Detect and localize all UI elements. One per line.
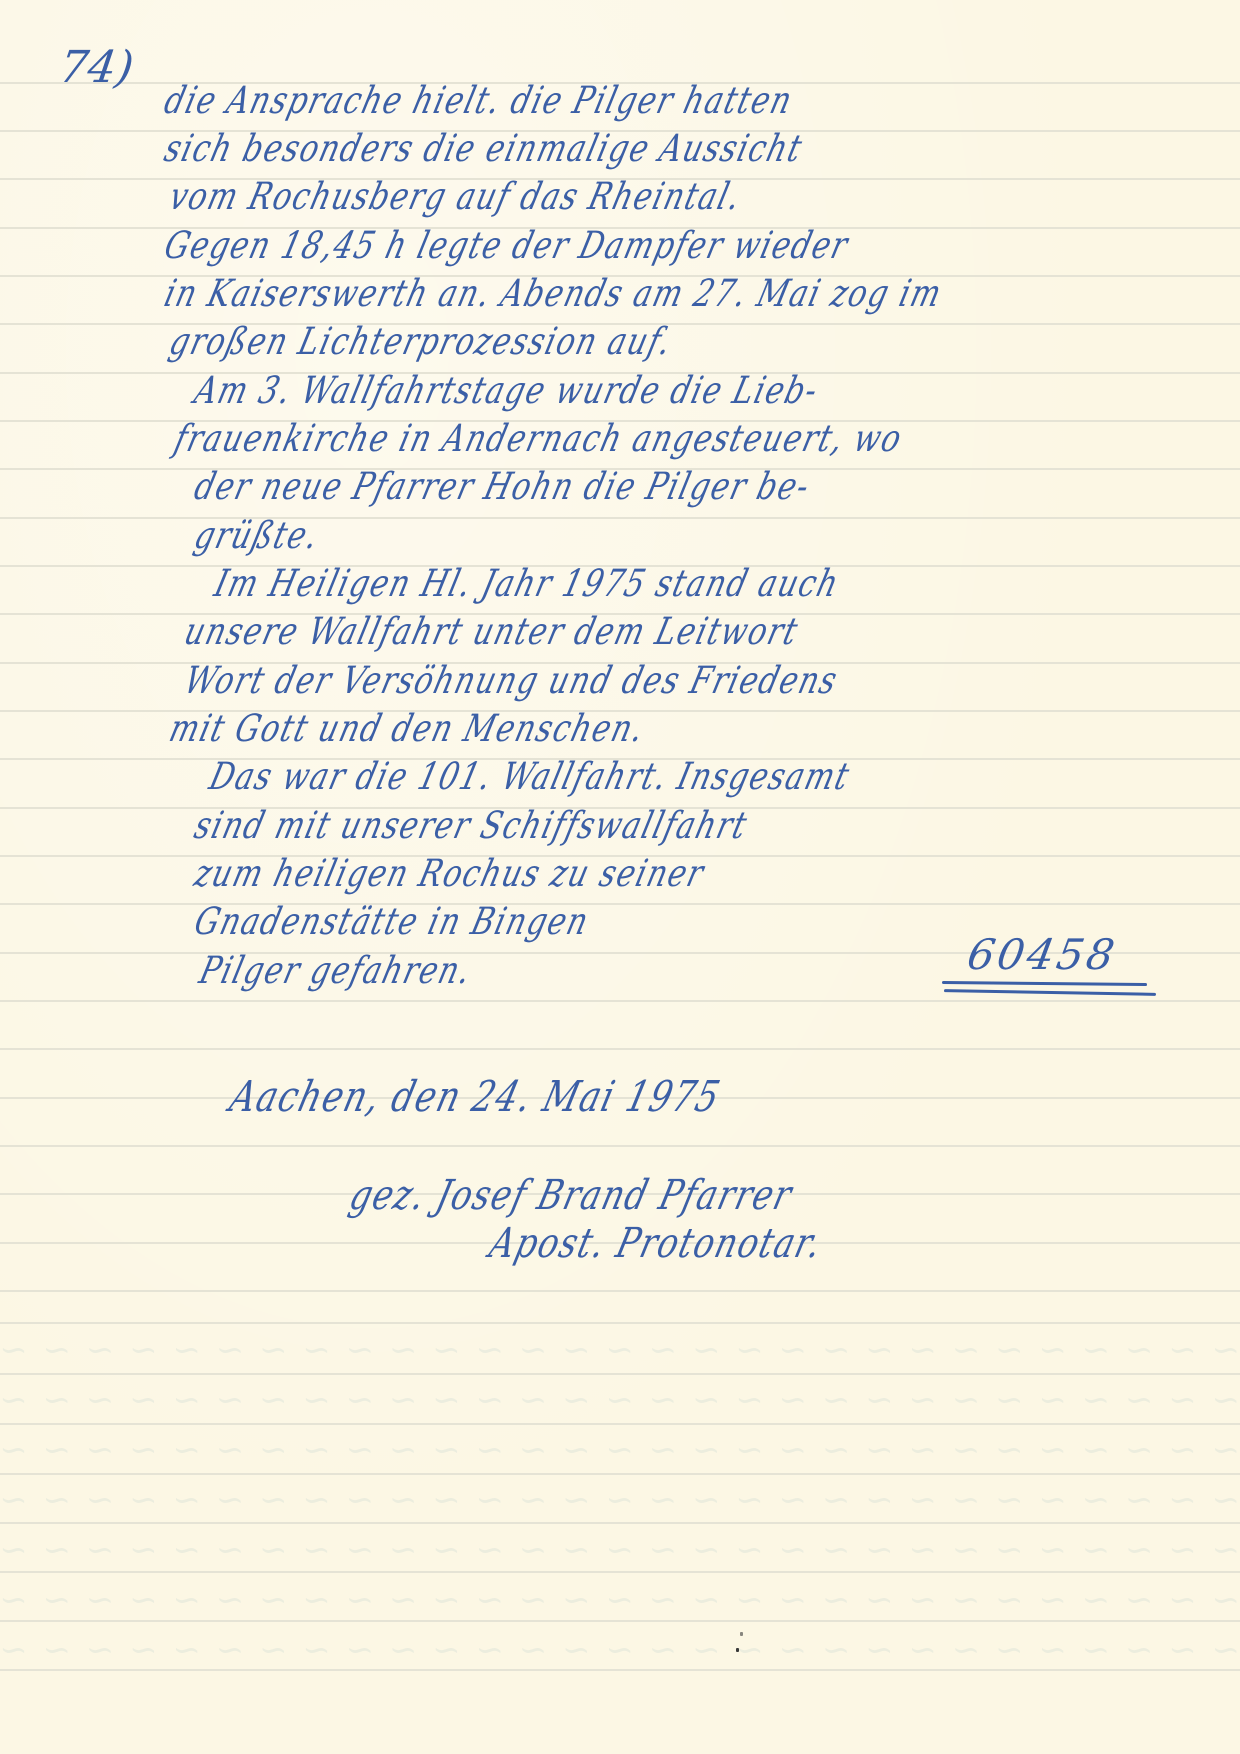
handwritten-line: frauenkirche in Andernach angesteuert, w… xyxy=(170,417,907,461)
bleed-through-text: ~ ~ ~ ~ ~ ~ ~ ~ ~ ~ ~ ~ ~ ~ ~ ~ ~ ~ ~ ~ … xyxy=(0,1530,1240,1570)
handwritten-line: grüßte. xyxy=(190,514,324,558)
notebook-page: ~ ~ ~ ~ ~ ~ ~ ~ ~ ~ ~ ~ ~ ~ ~ ~ ~ ~ ~ ~ … xyxy=(0,0,1240,1754)
bleed-through-text: ~ ~ ~ ~ ~ ~ ~ ~ ~ ~ ~ ~ ~ ~ ~ ~ ~ ~ ~ ~ … xyxy=(0,1330,1240,1370)
handwritten-line: sind mit unserer Schiffswallfahrt xyxy=(190,804,752,848)
ruled-line xyxy=(0,903,1240,905)
ruled-line xyxy=(0,1620,1240,1622)
bleed-through-text: ~ ~ ~ ~ ~ ~ ~ ~ ~ ~ ~ ~ ~ ~ ~ ~ ~ ~ ~ ~ … xyxy=(0,1380,1240,1420)
handwritten-line: mit Gott und den Menschen. xyxy=(165,707,649,751)
handwritten-line: Pilger gefahren. xyxy=(195,949,476,993)
handwritten-line: Gnadenstätte in Bingen xyxy=(190,900,594,944)
place-and-date: Aachen, den 24. Mai 1975 xyxy=(225,1072,726,1122)
ruled-line xyxy=(0,1373,1240,1375)
page-number: 74) xyxy=(56,42,136,93)
handwritten-line: Wort der Versöhnung und des Friedens xyxy=(180,659,842,703)
bleed-through-text: ~ ~ ~ ~ ~ ~ ~ ~ ~ ~ ~ ~ ~ ~ ~ ~ ~ ~ ~ ~ … xyxy=(0,1580,1240,1620)
bleed-through-text: ~ ~ ~ ~ ~ ~ ~ ~ ~ ~ ~ ~ ~ ~ ~ ~ ~ ~ ~ ~ … xyxy=(0,1480,1240,1520)
handwritten-line: großen Lichterprozession auf. xyxy=(165,320,677,364)
bleed-through-text: ~ ~ ~ ~ ~ ~ ~ ~ ~ ~ ~ ~ ~ ~ ~ ~ ~ ~ ~ ~ … xyxy=(0,1630,1240,1670)
double-underline-bottom xyxy=(944,989,1156,996)
handwritten-line: Am 3. Wallfahrtstage wurde die Lieb- xyxy=(190,369,823,413)
ruled-line xyxy=(0,1145,1240,1147)
handwritten-line: vom Rochusberg auf das Rheintal. xyxy=(165,175,746,219)
ruled-line xyxy=(0,1423,1240,1425)
ruled-line xyxy=(0,1322,1240,1324)
ruled-line xyxy=(0,1290,1240,1292)
total-pilgrims-number: 60458 xyxy=(964,930,1121,979)
signature-title: Apost. Protonotar. xyxy=(485,1218,828,1267)
signature-name: gez. Josef Brand Pfarrer xyxy=(345,1170,798,1219)
ruled-line xyxy=(0,1473,1240,1475)
handwritten-line: Das war die 101. Wallfahrt. Insgesamt xyxy=(205,755,855,799)
ruled-line xyxy=(0,1048,1240,1050)
handwritten-line: in Kaiserswerth an. Abends am 27. Mai zo… xyxy=(160,272,947,316)
ruled-line xyxy=(0,517,1240,519)
handwritten-line: zum heiligen Rochus zu seiner xyxy=(190,852,709,896)
handwritten-line: der neue Pfarrer Hohn die Pilger be- xyxy=(190,465,815,509)
handwritten-line: sich besonders die einmalige Aussicht xyxy=(160,127,807,171)
bleed-through-text: ~ ~ ~ ~ ~ ~ ~ ~ ~ ~ ~ ~ ~ ~ ~ ~ ~ ~ ~ ~ … xyxy=(0,1430,1240,1470)
double-underline-top xyxy=(942,981,1147,986)
ruled-line xyxy=(0,1522,1240,1524)
handwritten-line: Im Heiligen Hl. Jahr 1975 stand auch xyxy=(210,562,844,606)
ruled-line xyxy=(0,1571,1240,1573)
handwritten-line: unsere Wallfahrt unter dem Leitwort xyxy=(180,610,803,654)
ruled-line xyxy=(0,1000,1240,1002)
ink-speck xyxy=(736,1648,739,1652)
handwritten-line: Gegen 18,45 h legte der Dampfer wieder xyxy=(160,224,853,268)
handwritten-line: die Ansprache hielt. die Pilger hatten xyxy=(160,79,797,123)
ink-speck xyxy=(740,1632,743,1636)
